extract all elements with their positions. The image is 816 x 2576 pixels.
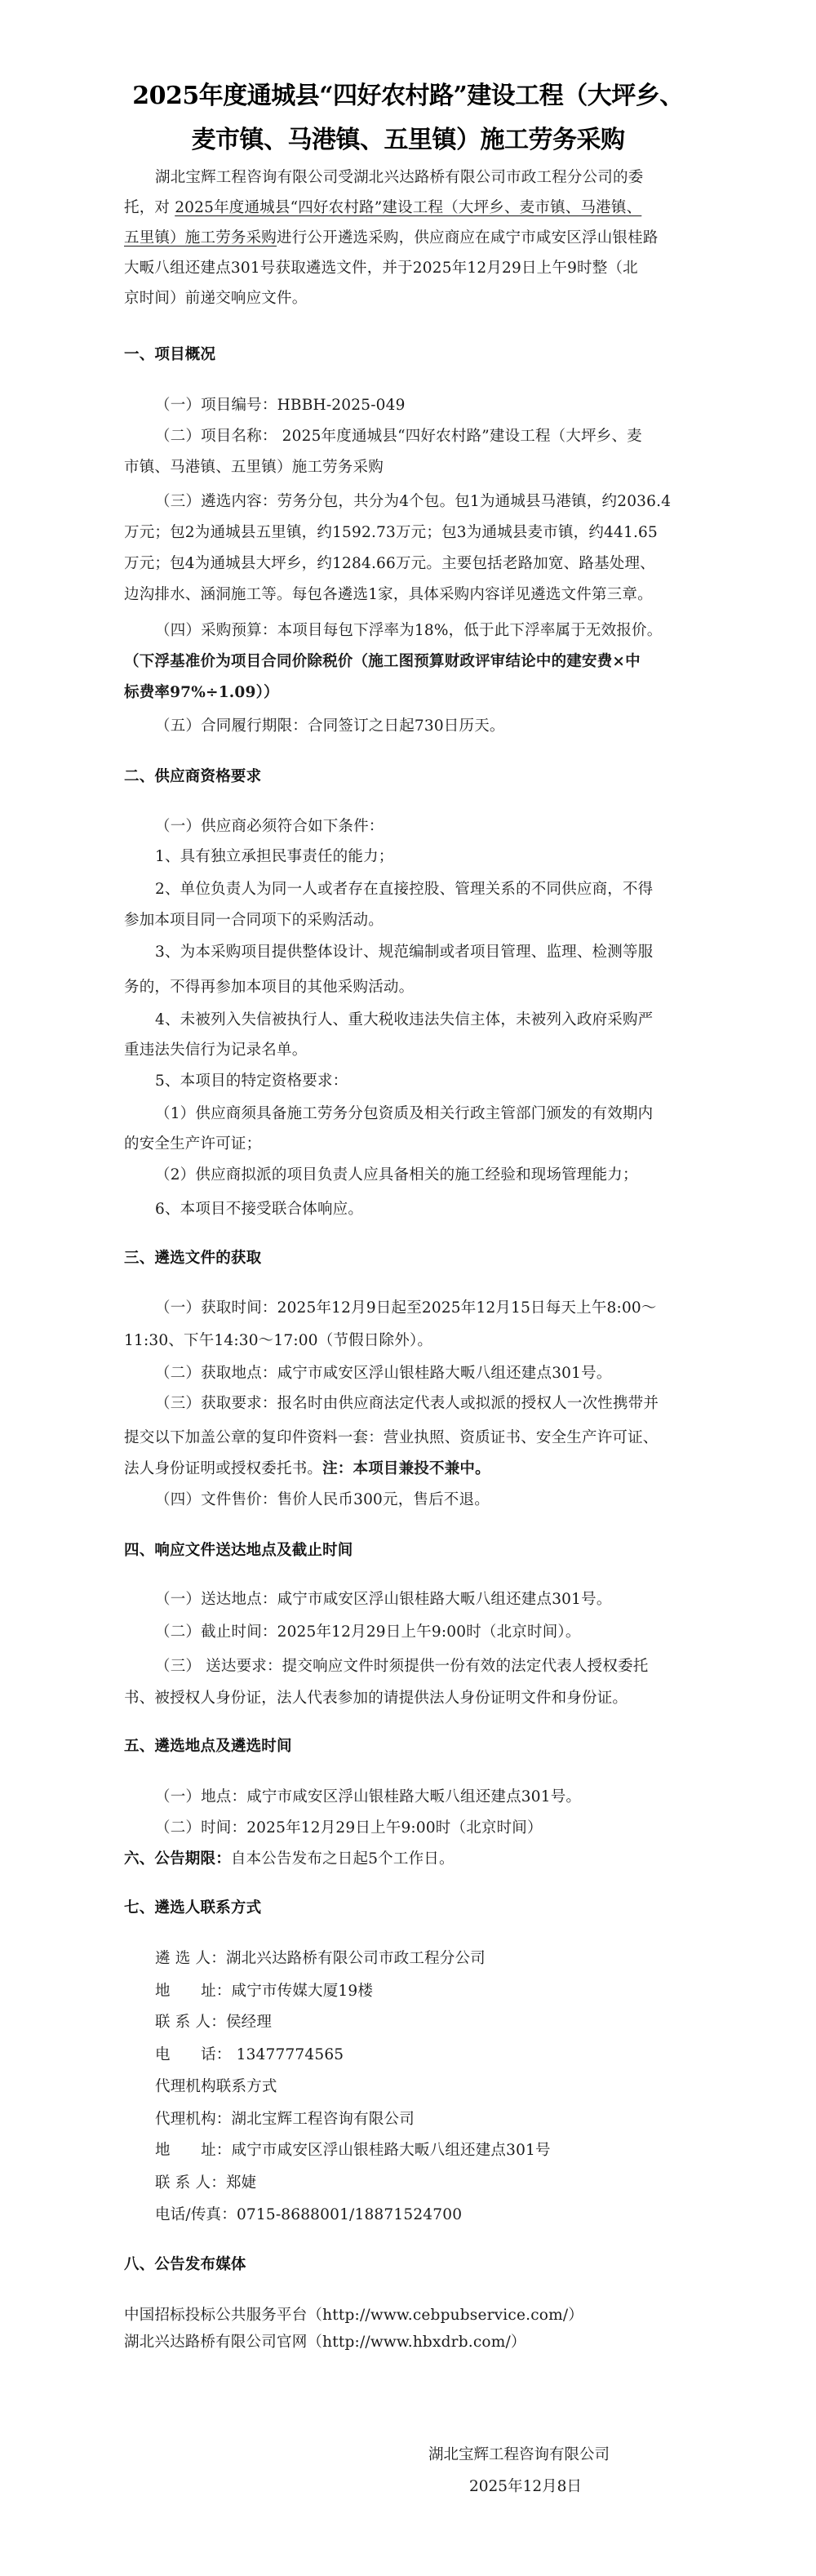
contact-value: 湖北宝辉工程咨询有限公司: [232, 2111, 415, 2128]
selection-time: （二）时间：2025年12月29日上午9:00时（北京时间）: [155, 1813, 695, 1844]
acquisition-requirements: （三）获取要求：报名时由供应商法定代表人或拟派的授权人一次性携带并: [155, 1388, 695, 1419]
qualification-item: （一）供应商必须符合如下条件：: [155, 811, 695, 842]
submission-deadline: （二）截止时间：2025年12月29日上午9:00时（北京时间）。: [155, 1617, 695, 1648]
qualification-item-cont: 参加本项目同一合同项下的采购活动。: [124, 905, 695, 936]
acquisition-text: 法人身份证明或授权委托书。: [124, 1460, 322, 1477]
section-heading-document-acquisition: 三、遴选文件的获取: [124, 1243, 695, 1274]
section-heading-publication-media: 八、公告发布媒体: [124, 2250, 695, 2281]
section-heading-submission: 四、响应文件送达地点及截止时间: [124, 1535, 695, 1566]
section-heading-project-overview: 一、项目概况: [124, 340, 695, 371]
acquisition-location: （二）获取地点：咸宁市咸安区浮山银桂路大畈八组还建点301号。: [155, 1358, 695, 1389]
qualification-item: 5、本项目的特定资格要求：: [155, 1066, 695, 1097]
intro-line: 五里镇）施工劳务采购进行公开遴选采购，供应商应在咸宁市咸安区浮山银桂路: [124, 223, 695, 254]
agency-address: 地 址：咸宁市咸安区浮山银桂路大畈八组还建点301号: [155, 2135, 695, 2166]
contact-label: 电 话：: [155, 2046, 232, 2063]
acquisition-time: （一）获取时间：2025年12月9日起至2025年12月15日每天上午8:00～: [155, 1293, 695, 1324]
project-name: （二）项目名称： 2025年度通城县“四好农村路”建设工程（大坪乡、麦: [155, 421, 695, 452]
selection-content: （三）遴选内容：劳务分包，共分为4个包。包1为通城县马港镇，约2036.4: [155, 486, 695, 517]
section-heading-announcement-period: 六、公告期限：: [124, 1850, 231, 1868]
section-heading-supplier-qualification: 二、供应商资格要求: [124, 762, 695, 793]
contact-label: 电话/传真：: [155, 2206, 237, 2223]
agency-name: 代理机构：湖北宝辉工程咨询有限公司: [155, 2104, 695, 2135]
acquisition-time-cont: 11:30、下午14:30～17:00（节假日除外）。: [124, 1326, 695, 1357]
budget-note-bold: （下浮基准价为项目合同价除税价（施工图预算财政评审结论中的建安费×中: [124, 646, 695, 677]
project-name-cont: 市镇、马港镇、五里镇）施工劳务采购: [124, 452, 695, 483]
document-price: （四）文件售价：售价人民币300元，售后不退。: [155, 1485, 695, 1516]
contact-value: 咸宁市咸安区浮山银桂路大畈八组还建点301号: [232, 2142, 551, 2159]
contact-label: 遴 选 人：: [155, 1950, 226, 1967]
contact-label: 联 系 人：: [155, 2174, 226, 2192]
announcement-period-text: 自本公告发布之日起5个工作日。: [231, 1850, 455, 1868]
bidding-note-bold: 注：本项目兼投不兼中。: [322, 1460, 490, 1477]
signature-company: 湖北宝辉工程咨询有限公司: [428, 2440, 610, 2471]
submission-requirements-cont: 书、被授权人身份证，法人代表参加的请提供法人身份证明文件和身份证。: [124, 1683, 695, 1714]
agency-contact-heading: 代理机构联系方式: [155, 2072, 695, 2103]
contact-address: 地 址：咸宁市传媒大厦19楼: [155, 1976, 695, 2007]
contact-purchaser: 遴 选 人：湖北兴达路桥有限公司市政工程分公司: [155, 1943, 695, 1974]
selection-content-cont: 万元；包2为通城县五里镇，约1592.73万元；包3为通城县麦市镇，约441.6…: [124, 517, 695, 549]
agency-phone-fax: 电话/传真：0715-8688001/18871524700: [155, 2200, 695, 2231]
intro-line: 大畈八组还建点301号获取遴选文件，并于2025年12月29日上午9时整（北: [124, 253, 695, 284]
intro-text: 托，对: [124, 199, 175, 216]
contact-value: 侯经理: [226, 2014, 272, 2031]
selection-content-cont: 边沟排水、涵洞施工等。每包各遴选1家，具体采购内容详见遴选文件第三章。: [124, 580, 695, 611]
section-heading-selection-venue: 五、遴选地点及遴选时间: [124, 1731, 695, 1762]
contact-person: 联 系 人：侯经理: [155, 2007, 695, 2038]
qualification-item: 6、本项目不接受联合体响应。: [155, 1194, 695, 1225]
intro-line: 托，对 2025年度通城县“四好农村路”建设工程（大坪乡、麦市镇、马港镇、: [124, 193, 695, 224]
announcement-period: 六、公告期限：自本公告发布之日起5个工作日。: [124, 1844, 695, 1875]
submission-location: （一）送达地点：咸宁市咸安区浮山银桂路大畈八组还建点301号。: [155, 1584, 695, 1615]
intro-line: 湖北宝辉工程咨询有限公司受湖北兴达路桥有限公司市政工程分公司的委: [155, 162, 695, 193]
intro-text: 进行公开遴选采购，供应商应在咸宁市咸安区浮山银桂路: [277, 229, 659, 246]
qualification-item-cont: 的安全生产许可证；: [124, 1129, 695, 1160]
project-name-underlined: 2025年度通城县“四好农村路”建设工程（大坪乡、麦市镇、马港镇、: [175, 199, 641, 216]
qualification-item: 1、具有独立承担民事责任的能力；: [155, 842, 695, 873]
acquisition-requirements-cont: 法人身份证明或授权委托书。注：本项目兼投不兼中。: [124, 1454, 695, 1485]
qualification-item: 4、未被列入失信被执行人、重大税收违法失信主体，未被列入政府采购严: [155, 1005, 695, 1036]
qualification-item: 3、为本采购项目提供整体设计、规范编制或者项目管理、监理、检测等服: [155, 937, 695, 968]
agency-contact-person: 联 系 人：郑婕: [155, 2168, 695, 2199]
selection-location: （一）地点：咸宁市咸安区浮山银桂路大畈八组还建点301号。: [155, 1782, 695, 1813]
budget-note-bold: 标费率97%÷1.09））: [124, 677, 695, 708]
contact-value: 13477774565: [232, 2046, 344, 2063]
contact-value: 0715-8688001/18871524700: [237, 2206, 462, 2223]
section-heading-contact: 七、遴选人联系方式: [124, 1893, 695, 1924]
contact-label: 代理机构：: [155, 2111, 232, 2128]
contract-period: （五）合同履行期限：合同签订之日起730日历天。: [155, 711, 695, 742]
qualification-item: （2）供应商拟派的项目负责人应具备相关的施工经验和现场管理能力；: [155, 1160, 695, 1191]
contact-value: 咸宁市传媒大厦19楼: [232, 1983, 374, 2000]
qualification-item: （1）供应商须具备施工劳务分包资质及相关行政主管部门颁发的有效期内: [155, 1099, 695, 1130]
media-link-hbxdrb[interactable]: 湖北兴达路桥有限公司官网（http://www.hbxdrb.com/）: [124, 2327, 695, 2358]
intro-line: 京时间）前递交响应文件。: [124, 283, 695, 314]
contact-phone: 电 话： 13477774565: [155, 2040, 695, 2071]
project-number: （一）项目编号：HBBH-2025-049: [155, 390, 695, 421]
contact-label: 联 系 人：: [155, 2014, 226, 2031]
procurement-budget: （四）采购预算：本项目每包下浮率为18%，低于此下浮率属于无效报价。: [155, 615, 695, 646]
selection-content-cont: 万元；包4为通城县大坪乡，约1284.66万元。主要包括老路加宽、路基处理、: [124, 549, 695, 580]
qualification-item: 2、单位负责人为同一人或者存在直接控股、管理关系的不同供应商，不得: [155, 874, 695, 905]
qualification-item-cont: 务的，不得再参加本项目的其他采购活动。: [124, 972, 695, 1003]
contact-value: 郑婕: [226, 2174, 256, 2192]
contact-value: 湖北兴达路桥有限公司市政工程分公司: [226, 1950, 486, 1967]
acquisition-requirements-cont: 提交以下加盖公章的复印件资料一套：营业执照、资质证书、安全生产许可证、: [124, 1423, 695, 1454]
document-title-line-2: 麦市镇、马港镇、五里镇）施工劳务采购: [0, 120, 816, 161]
submission-requirements: （三） 送达要求：提交响应文件时须提供一份有效的法定代表人授权委托: [155, 1651, 695, 1682]
qualification-item-cont: 重违法失信行为记录名单。: [124, 1035, 695, 1066]
document-title-line-1: 2025年度通城县“四好农村路”建设工程（大坪乡、: [0, 76, 816, 117]
contact-label: 地 址：: [155, 1983, 232, 2000]
signature-date: 2025年12月8日: [469, 2472, 582, 2503]
contact-label: 地 址：: [155, 2142, 232, 2159]
project-name-underlined: 五里镇）施工劳务采购: [124, 229, 277, 246]
